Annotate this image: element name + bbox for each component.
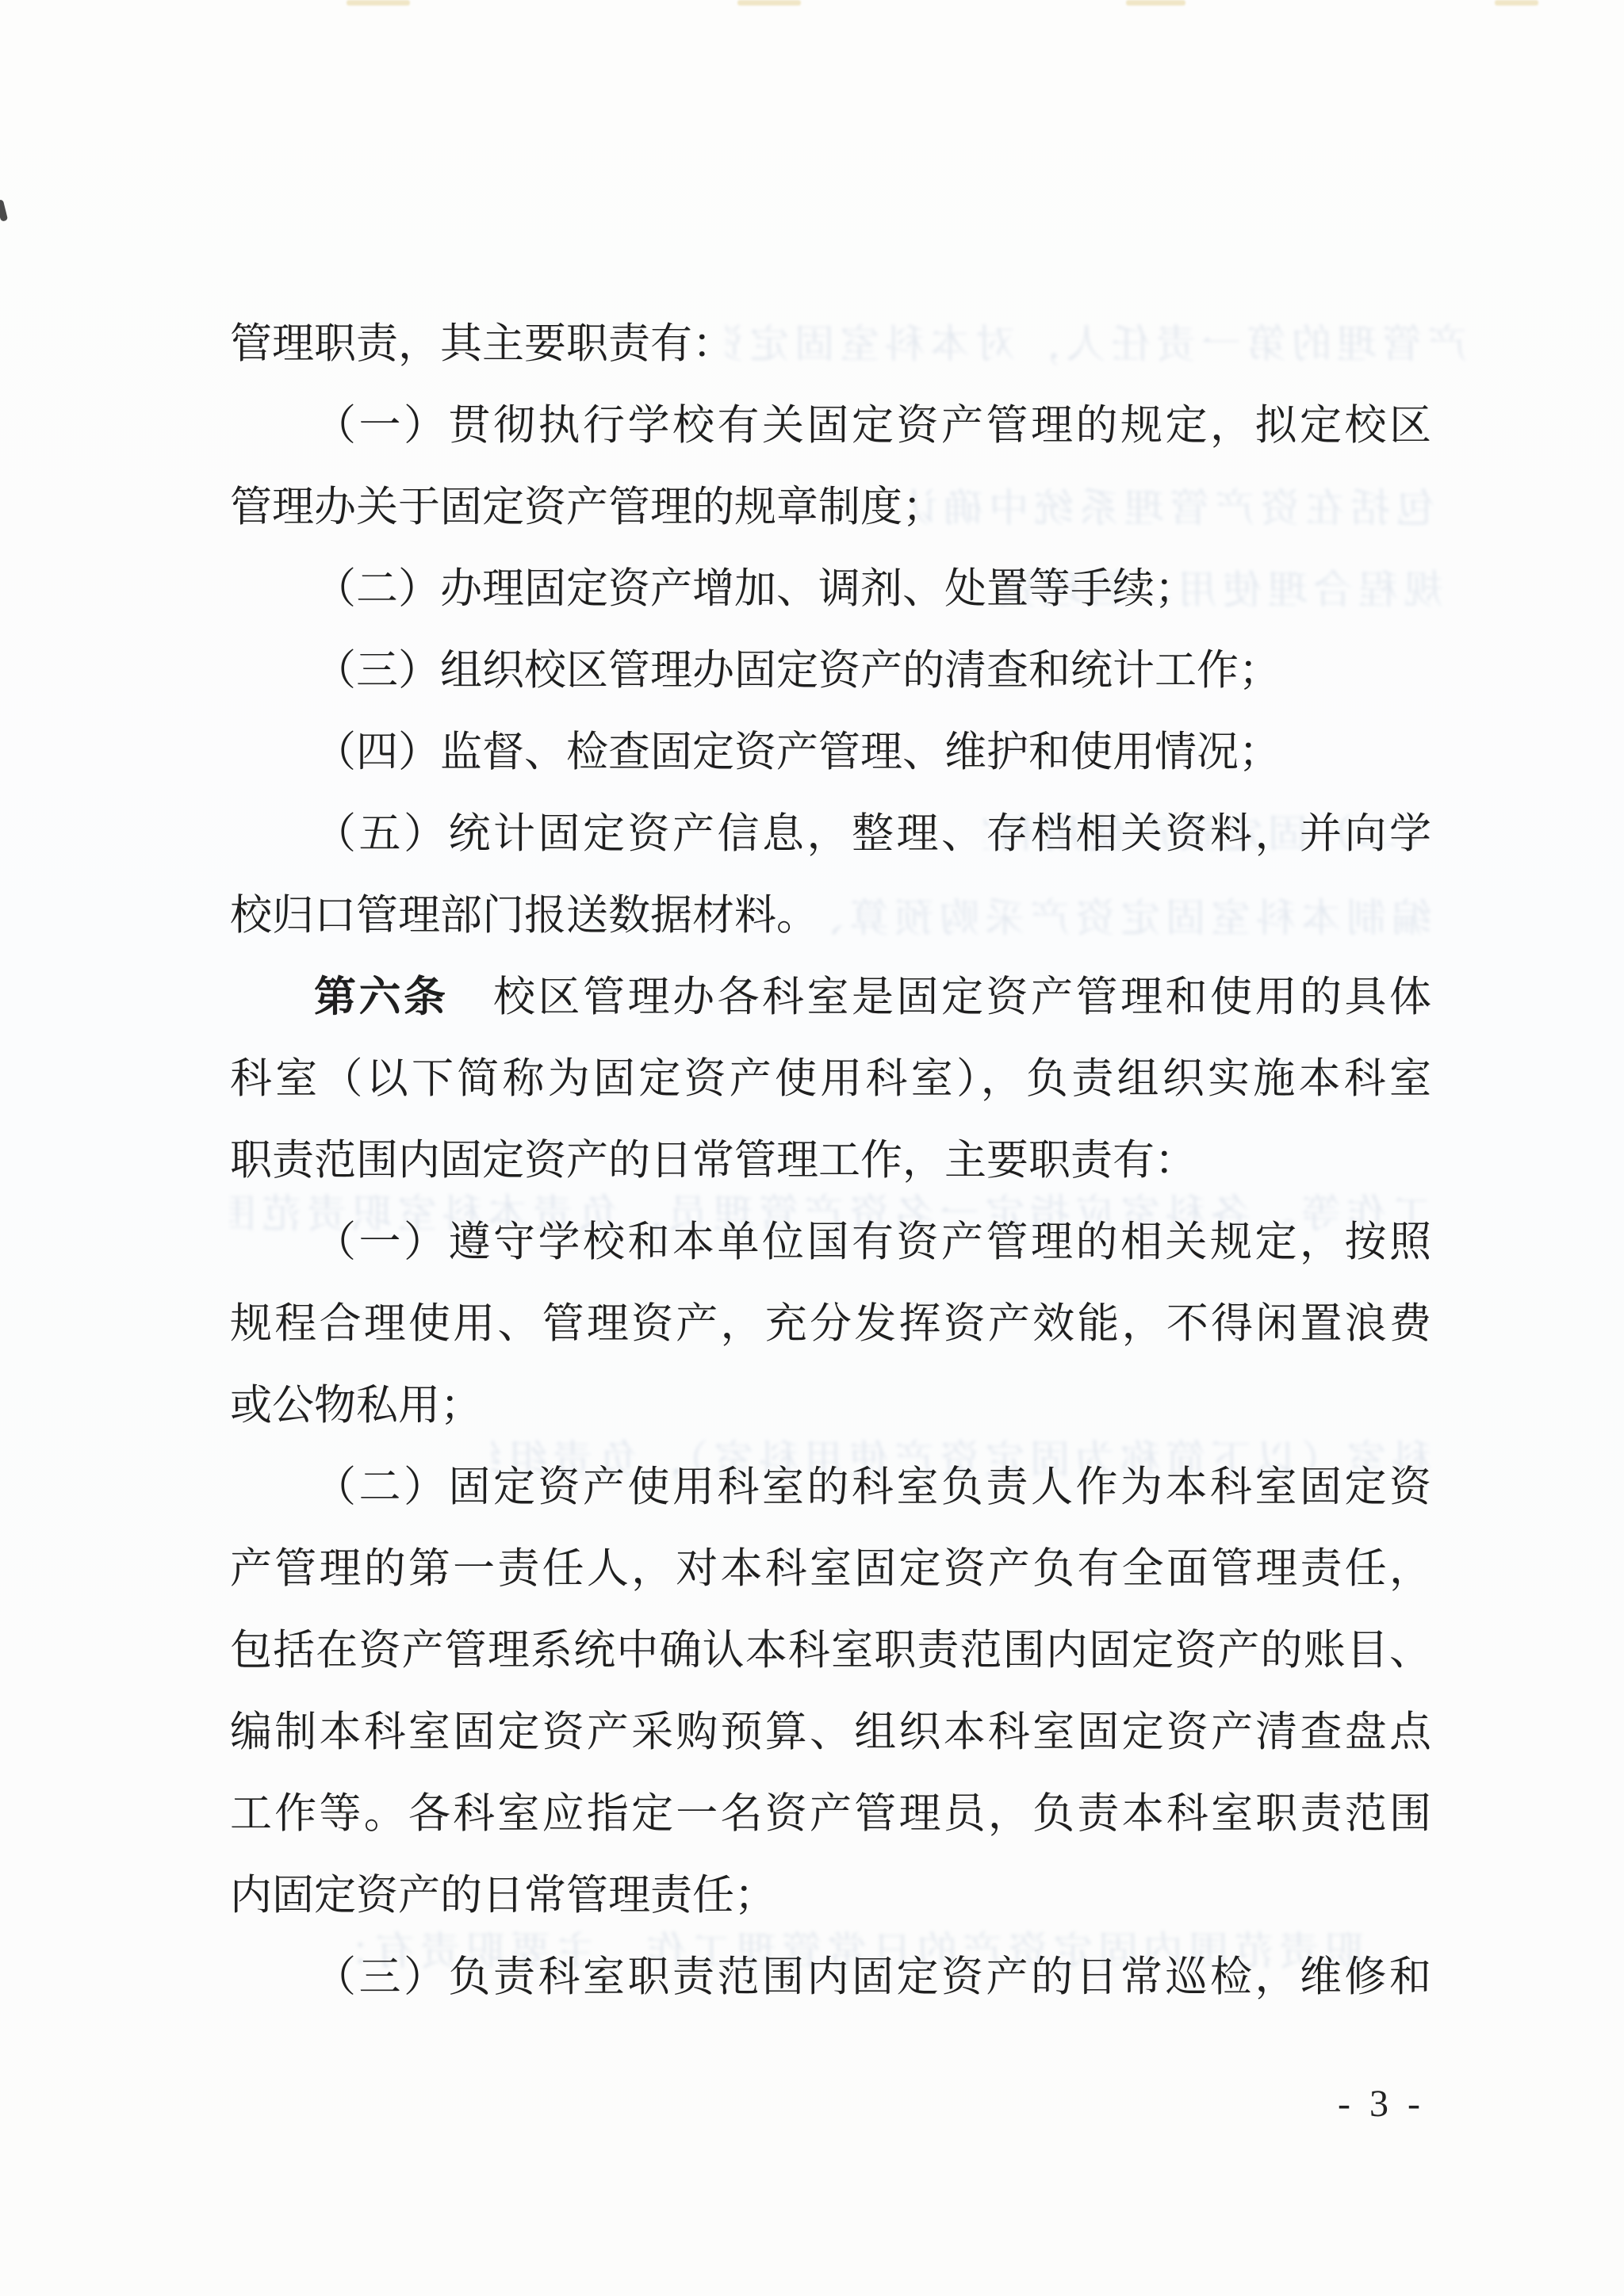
scan-smudge [347,0,410,6]
text-line: 工作等。各科室应指定一名资产管理员，负责本科室职责范围 [230,1774,1431,1855]
text-line: （二）固定资产使用科室的科室负责人作为本科室固定资 [230,1447,1431,1529]
text-line: 规程合理使用、管理资产，充分发挥资产效能，不得闲置浪费 [230,1284,1431,1365]
article-number-label: 第六条 [314,974,449,1020]
text-line: 科室（以下简称为固定资产使用科室），负责组织实施本科室 [230,1039,1431,1120]
text-line: （一）遵守学校和本单位国有资产管理的相关规定，按照 [230,1202,1431,1284]
text-line: 产管理的第一责任人，对本科室固定资产负有全面管理责任， [230,1529,1431,1610]
text-line: （三）负责科室职责范围内固定资产的日常巡检，维修和 [230,1937,1431,2019]
text-line: 内固定资产的日常管理责任； [230,1855,1431,1937]
text-line: （三）组织校区管理办固定资产的清查和统计工作； [230,630,1431,712]
text-line: 职责范围内固定资产的日常管理工作，主要职责有： [230,1120,1431,1202]
text-line: 或公物私用； [230,1365,1431,1447]
scanned-document-page: 产管理的第一责任人，对本科室固定资产负有全面管理责任， 包括在资产管理系统中确认… [0,0,1624,2296]
text-line: （二）办理固定资产增加、调剂、处置等手续； [230,549,1431,630]
scan-smudge [1126,0,1185,6]
text-line: （五）统计固定资产信息，整理、存档相关资料，并向学 [230,794,1431,875]
text-line: 包括在资产管理系统中确认本科室职责范围内固定资产的账目、 [230,1610,1431,1692]
scan-smudge [1495,0,1538,6]
text-line: 编制本科室固定资产采购预算、组织本科室固定资产清查盘点 [230,1692,1431,1774]
page-number: - 3 - [1318,2079,1445,2130]
text-line: （四）监督、检查固定资产管理、维护和使用情况； [230,712,1431,794]
scan-smudge [737,0,801,6]
text-line: 第六条 校区管理办各科室是固定资产管理和使用的具体 [230,957,1431,1039]
text-line: 管理职责，其主要职责有： [230,304,1431,385]
article-text: 校区管理办各科室是固定资产管理和使用的具体 [449,974,1432,1020]
text-line: 校归口管理部门报送数据材料。 [230,875,1431,957]
document-body: 管理职责，其主要职责有： （一）贯彻执行学校有关固定资产管理的规定，拟定校区 管… [230,304,1431,2019]
text-line: 管理办关于固定资产管理的规章制度； [230,467,1431,549]
text-line: （一）贯彻执行学校有关固定资产管理的规定，拟定校区 [230,385,1431,467]
scan-edge-mark [0,199,8,221]
